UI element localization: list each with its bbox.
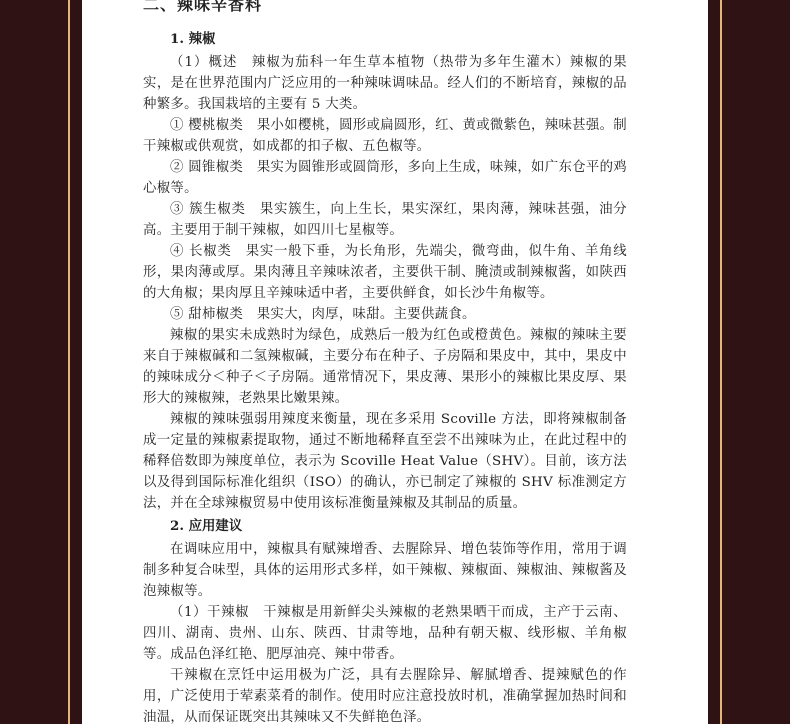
page-content: 二、辣味辛香料 1. 辣椒 （1）概述 辣椒为茄科一年生草本植物（热带为多年生灌… (143, 0, 627, 724)
paragraph-dried-chili: （1）干辣椒 干辣椒是用新鲜尖头辣椒的老熟果晒干而成，主产于云南、四川、湖南、贵… (143, 602, 627, 665)
subsection-heading-usage: 2. 应用建议 (143, 516, 627, 537)
subsection-heading-chili: 1. 辣椒 (143, 29, 627, 50)
paragraph-overview: （1）概述 辣椒为茄科一年生草本植物（热带为多年生灌木）辣椒的果实，是在世界范围… (143, 52, 627, 115)
paragraph-cone-pepper: ② 圆锥椒类 果实为圆锥形或圆筒形，多向上生成，味辣，如广东仓平的鸡心椒等。 (143, 157, 627, 199)
paragraph-scoville: 辣椒的辣味强弱用辣度来衡量，现在多采用 Scoville 方法，即将辣椒制备成一… (143, 409, 627, 514)
paragraph-cluster-pepper: ③ 簇生椒类 果实簇生，向上生长，果实深红，果肉薄，辣味甚强，油分高。主要用于制… (143, 199, 627, 241)
paragraph-long-pepper: ④ 长椒类 果实一般下垂，为长角形，先端尖，微弯曲，似牛角、羊角线形，果肉薄或厚… (143, 241, 627, 304)
paragraph-cherry-pepper: ① 樱桃椒类 果小如樱桃，圆形或扁圆形，红、黄或微紫色，辣味甚强。制干辣椒或供观… (143, 115, 627, 157)
right-gold-rule (720, 0, 722, 724)
paragraph-bell-pepper: ⑤ 甜柿椒类 果实大，肉厚，味甜。主要供蔬食。 (143, 304, 627, 325)
left-gold-rule (68, 0, 70, 724)
paragraph-ripeness-pungency: 辣椒的果实未成熟时为绿色，成熟后一般为红色或橙黄色。辣椒的辣味主要来自于辣椒碱和… (143, 325, 627, 409)
paragraph-dried-chili-cooking: 干辣椒在烹饪中运用极为广泛，具有去腥除异、解腻增香、提辣赋色的作用，广泛使用于荤… (143, 665, 627, 724)
document-page: 二、辣味辛香料 1. 辣椒 （1）概述 辣椒为茄科一年生草本植物（热带为多年生灌… (82, 0, 708, 724)
section-title: 二、辣味辛香料 (143, 0, 627, 16)
paragraph-usage-intro: 在调味应用中，辣椒具有赋辣增香、去腥除异、增色装饰等作用，常用于调制多种复合味型… (143, 539, 627, 602)
